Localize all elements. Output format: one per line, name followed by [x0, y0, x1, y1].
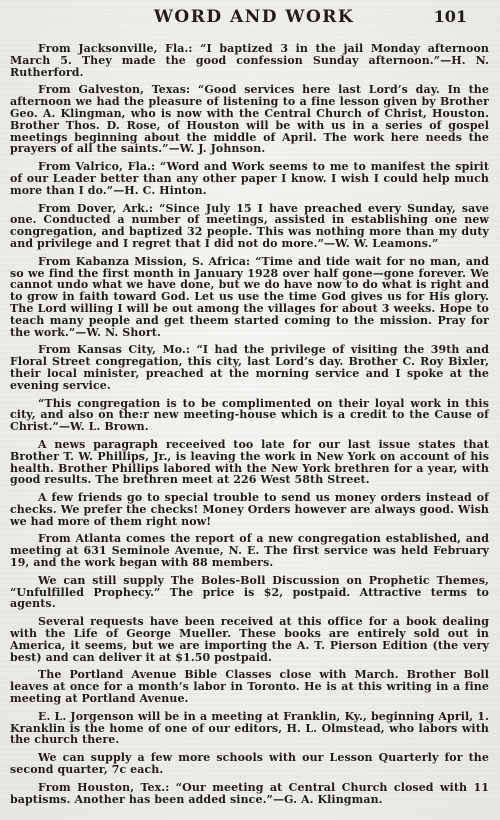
page-number: 101	[434, 7, 467, 26]
paragraph: From Kansas City, Mo.: “I had the privil…	[10, 344, 489, 391]
paragraph: From Houston, Tex.: “Our meeting at Cent…	[10, 782, 489, 806]
paragraph: Several requests have been received at t…	[10, 616, 489, 663]
paragraph: We can still supply The Boles-Boll Discu…	[10, 575, 489, 610]
paragraph: From Atlanta comes the report of a new c…	[10, 533, 489, 568]
paragraph: From Kabanza Mission, S. Africa: “Time a…	[10, 256, 489, 339]
paragraph: From Galveston, Texas: “Good services he…	[10, 84, 489, 155]
paragraph: A news paragraph receeived too late for …	[10, 439, 489, 486]
magazine-page: WORD AND WORK 101 From Jacksonville, Fla…	[0, 0, 500, 820]
page-header: WORD AND WORK 101	[0, 0, 500, 37]
paragraph: We can supply a few more schools with ou…	[10, 752, 489, 776]
paragraph: From Valrico, Fla.: “Word and Work seems…	[10, 161, 489, 196]
paragraph: “This congregation is to be complimented…	[10, 398, 489, 433]
paragraph: From Jacksonville, Fla.: “I baptized 3 i…	[10, 43, 489, 78]
paragraph: A few friends go to special trouble to s…	[10, 492, 489, 527]
page-body: From Jacksonville, Fla.: “I baptized 3 i…	[0, 37, 500, 805]
paragraph: The Portland Avenue Bible Classes close …	[10, 669, 489, 704]
page-title: WORD AND WORK	[154, 7, 354, 27]
paragraph: E. L. Jorgenson will be in a meeting at …	[10, 711, 489, 746]
paragraph: From Dover, Ark.: “Since July 15 I have …	[10, 203, 489, 250]
